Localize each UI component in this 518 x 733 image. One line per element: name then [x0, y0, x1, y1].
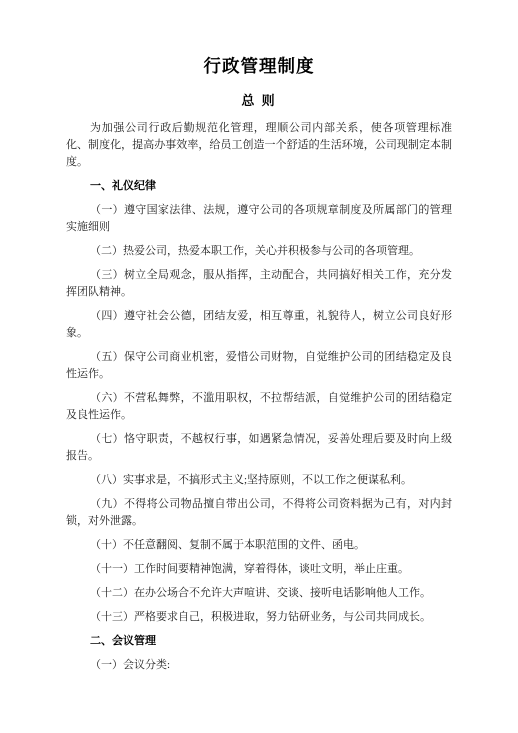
- list-item-10: （十）不任意翻阅、复制不属于本职范围的文件、函电。: [66, 537, 452, 554]
- list-item-3: （三）树立全局观念，服从指挥，主动配合，共同搞好相关工作，充分发挥团队精神。: [66, 267, 452, 301]
- section-2-heading: 二、会议管理: [66, 633, 452, 650]
- section-1-heading: 一、礼仪纪律: [66, 178, 452, 195]
- chapter-heading: 总 则: [66, 92, 452, 110]
- intro-paragraph: 为加强公司行政后勤规范化管理，理顺公司内部关系，使各项管理标准化、制度化，提高办…: [66, 120, 452, 171]
- document-page: 行政管理制度 总 则 为加强公司行政后勤规范化管理，理顺公司内部关系，使各项管理…: [0, 0, 518, 733]
- list-item-5: （五）保守公司商业机密，爱惜公司财物，自觉维护公司的团结稳定及良性运作。: [66, 349, 452, 383]
- list-item-12: （十二）在办公场合不允许大声喧讲、交谈、接听电话影响他人工作。: [66, 585, 452, 602]
- list-item-9: （九）不得将公司物品擅自带出公司，不得将公司资料据为己有，对内封锁，对外泄露。: [66, 496, 452, 530]
- list-item-7: （七）恪守职责，不越权行事，如遇紧急情况，妥善处理后要及时向上级报告。: [66, 431, 452, 465]
- list-item-6: （六）不营私舞弊，不滥用职权，不拉帮结派，自觉维护公司的团结稳定及良性运作。: [66, 390, 452, 424]
- list-item-13: （十三）严格要求自己，积极进取，努力钻研业务，与公司共同成长。: [66, 609, 452, 626]
- list-item-1: （一）遵守国家法律、法规，遵守公司的各项规章制度及所属部门的管理实施细则: [66, 202, 452, 236]
- list-item-meeting-1: （一）会议分类:: [66, 657, 452, 674]
- list-item-4: （四）遵守社会公德，团结友爱，相互尊重，礼貌待人，树立公司良好形象。: [66, 308, 452, 342]
- list-item-11: （十一）工作时间要精神饱满，穿着得体，谈吐文明，举止庄重。: [66, 561, 452, 578]
- list-item-8: （八）实事求是，不搞形式主义;坚持原则，不以工作之便谋私利。: [66, 472, 452, 489]
- list-item-2: （二）热爱公司，热爱本职工作，关心并积极参与公司的各项管理。: [66, 243, 452, 260]
- doc-title: 行政管理制度: [66, 54, 452, 78]
